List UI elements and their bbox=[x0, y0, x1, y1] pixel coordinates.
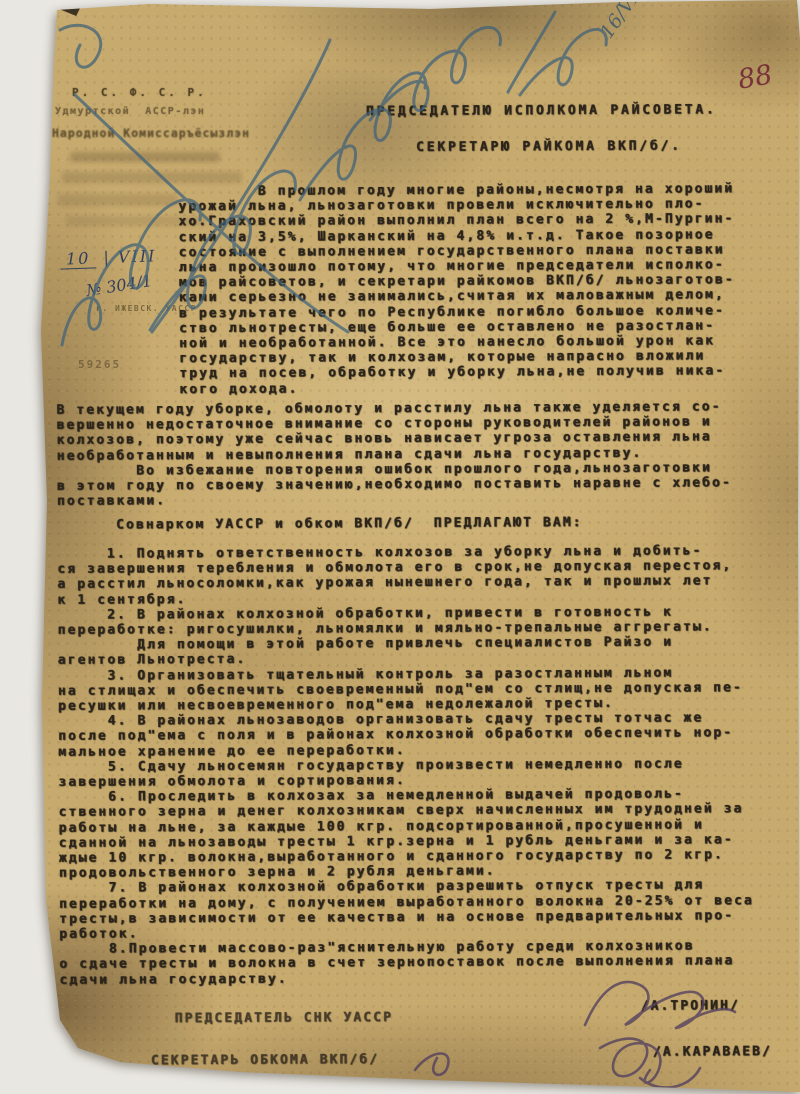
typed-text-layer: ПРЕДСЕДАТЕЛЮ ИСПОЛКОМА РАЙСОВЕТА. СЕКРЕТ… bbox=[0, 0, 800, 1094]
signature-title-2: СЕКРЕТАРЬ ОБКОМА ВКП/б/ bbox=[151, 1052, 379, 1068]
signature-title-1: ПРЕДСЕДАТЕЛЬ СНК УАССР bbox=[175, 1010, 393, 1026]
signature-name-1: /А.ТРОНИН/ bbox=[641, 998, 740, 1014]
page-number: 88 bbox=[736, 59, 775, 95]
paper: Р. С. Ф. С. Р. Удмуртской АССР-лэн Народ… bbox=[0, 0, 800, 1094]
second-paragraph: В текущем году уборке, обмолоту и рассти… bbox=[56, 399, 732, 509]
opening-paragraph: В прошлом году многие районы,несмотря на… bbox=[178, 181, 735, 397]
signature-name-2: /А.КАРАВАЕВ/ bbox=[653, 1044, 772, 1060]
recipient-line-1: ПРЕДСЕДАТЕЛЮ ИСПОЛКОМА РАЙСОВЕТА. bbox=[366, 102, 717, 119]
paper-shadow: Р. С. Ф. С. Р. Удмуртской АССР-лэн Народ… bbox=[0, 0, 800, 1094]
directive-heading: Совнарком УАССР и обком ВКП/б/ ПРЕДЛАГАЮ… bbox=[116, 515, 583, 533]
directive-items: 1. Поднять ответственность колхозов за у… bbox=[57, 543, 754, 988]
recipient-line-2: СЕКРЕТАРЮ РАЙКОМА ВКП/б/. bbox=[416, 139, 682, 156]
document-page: Р. С. Ф. С. Р. Удмуртской АССР-лэн Народ… bbox=[0, 0, 800, 1094]
